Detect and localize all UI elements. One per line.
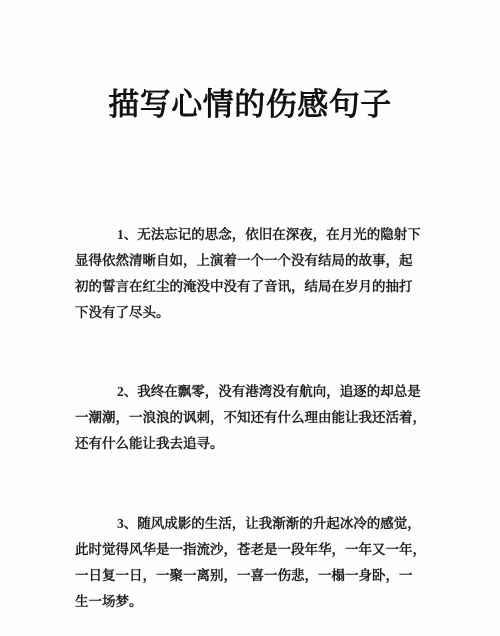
paragraph-2-line-1: 2、我终在飘零，没有港湾没有航向，追逐的却总是 bbox=[75, 379, 427, 405]
paragraph-1-line-2: 显得依然清晰自如，上演着一个一个没有结局的故事，起 bbox=[75, 248, 427, 274]
paragraph-3: 3、随风成影的生活，让我渐渐的升起冰冷的感觉， 此时觉得风华是一指流沙，苍老是一… bbox=[75, 511, 427, 615]
paragraph-3-line-1: 3、随风成影的生活，让我渐渐的升起冰冷的感觉， bbox=[75, 511, 427, 537]
paragraph-2-line-2: 一潮潮，一浪浪的讽刺，不知还有什么理由能让我还活着， bbox=[75, 405, 427, 431]
document-page: 描写心情的伤感句子 1、无法忘记的思念，依旧在深夜，在月光的隐射下 显得依然清晰… bbox=[0, 0, 500, 636]
paragraph-1: 1、无法忘记的思念，依旧在深夜，在月光的隐射下 显得依然清晰自如，上演着一个一个… bbox=[75, 222, 427, 326]
paragraph-2: 2、我终在飘零，没有港湾没有航向，追逐的却总是 一潮潮，一浪浪的讽刺，不知还有什… bbox=[75, 379, 427, 457]
paragraph-3-line-3: 一日复一日，一聚一离别，一喜一伤悲，一榻一身卧，一 bbox=[75, 563, 427, 589]
paragraph-2-line-3: 还有什么能让我去追寻。 bbox=[75, 431, 427, 457]
paragraph-3-line-4: 生一场梦。 bbox=[75, 589, 427, 615]
paragraph-3-line-2: 此时觉得风华是一指流沙，苍老是一段年华，一年又一年， bbox=[75, 537, 427, 563]
paragraph-1-line-4: 下没有了尽头。 bbox=[75, 300, 427, 326]
paragraph-1-line-3: 初的誓言在红尘的淹没中没有了音讯，结局在岁月的抽打 bbox=[75, 274, 427, 300]
document-title: 描写心情的伤感句子 bbox=[0, 84, 500, 126]
paragraph-1-line-1: 1、无法忘记的思念，依旧在深夜，在月光的隐射下 bbox=[75, 222, 427, 248]
